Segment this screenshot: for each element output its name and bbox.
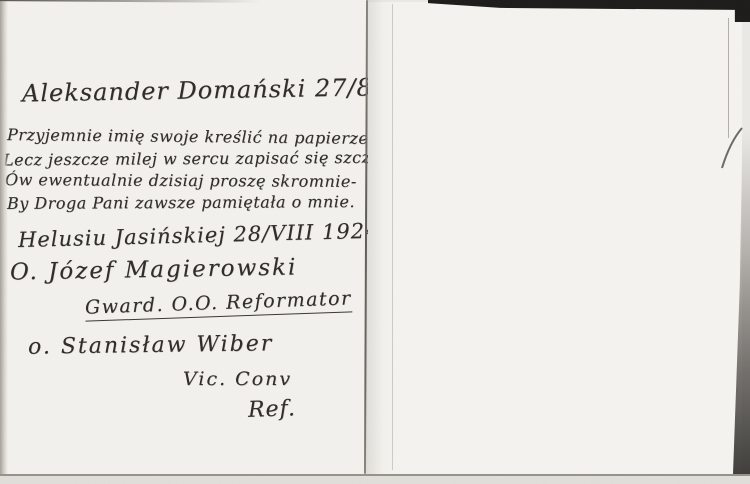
- page-fold-line-faint: [392, 4, 393, 470]
- handwriting-verse-line-4: By Droga Pani zawsze pamiętała o mnie.: [7, 192, 355, 213]
- right-page-edge-line: [728, 18, 729, 138]
- handwriting-owner-signature-date: Aleksander Domański 27/8 24.: [22, 73, 423, 108]
- handwriting-title-ref: Ref.: [248, 396, 297, 423]
- left-page: Aleksander Domański 27/8 24. Przyjemnie …: [0, 0, 368, 474]
- handwriting-dedication-date: Helusiu Jasińskiej 28/VIII 1924 r.: [18, 218, 404, 252]
- handwriting-signature-stanislaw: o. Stanisław Wiber: [28, 331, 274, 359]
- handwriting-title-vic-conv: Vic. Conv: [183, 368, 292, 390]
- paper-crease-mark: [712, 124, 750, 174]
- handwriting-verse-line-1: Przyjemnie imię swoje kreślić na papierz…: [7, 125, 374, 148]
- scanned-document: Aleksander Domański 27/8 24. Przyjemnie …: [0, 0, 750, 484]
- handwriting-verse-line-3: Ów ewentualnie dzisiaj proszę skromnie-: [5, 170, 357, 191]
- scan-bottom-edge: [0, 474, 750, 484]
- scan-left-edge-shadow: [0, 0, 8, 484]
- handwriting-verse-line-2: Lecz jeszcze milej w sercu zapisać się s…: [3, 148, 408, 170]
- page-gutter-shadow: [366, 0, 394, 474]
- handwriting-signature-jozef-magierowski: O. Józef Magierowski: [10, 254, 298, 285]
- handwriting-title-gwardian-underlined: Gward. O.O. Reformator: [85, 287, 352, 321]
- right-page-blank: [368, 2, 742, 474]
